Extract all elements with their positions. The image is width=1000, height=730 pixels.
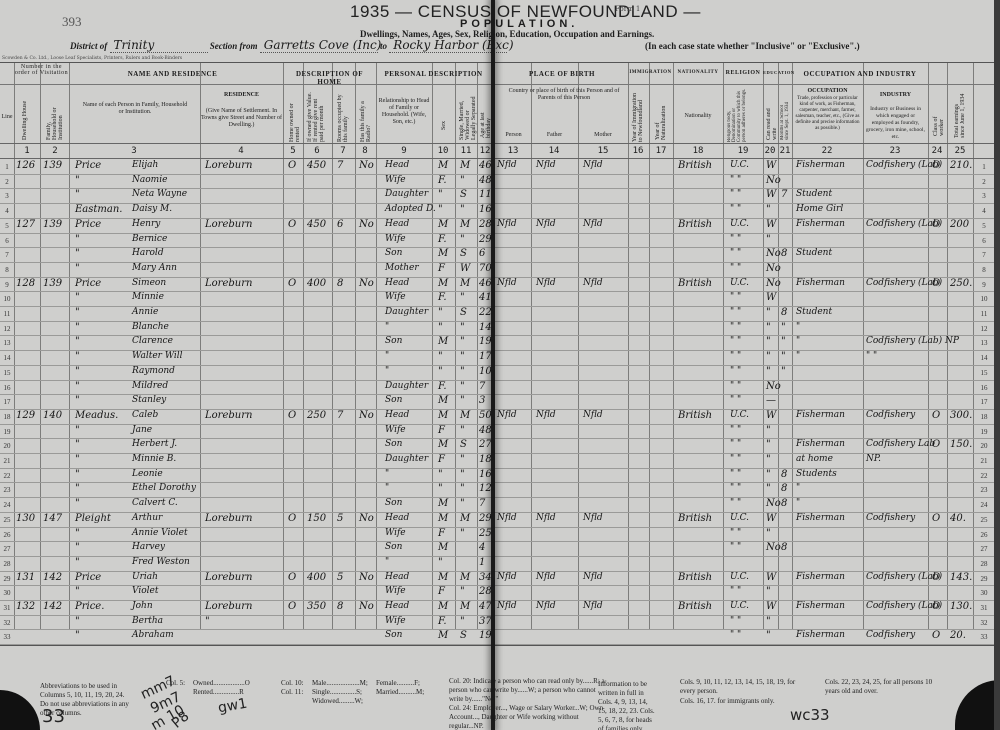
read-write-cell: " — [766, 630, 771, 641]
sex-cell: F — [438, 454, 445, 465]
col-nationality: Nationality — [673, 113, 723, 120]
given-name-cell: Mary Ann — [132, 263, 177, 273]
surname-cell: Meadus. — [75, 410, 118, 421]
line-number-right: 25 — [977, 516, 991, 524]
residence-cell: Loreburn — [205, 601, 252, 612]
line-number: 28 — [0, 560, 14, 568]
class-worker-cell: O — [932, 219, 940, 230]
occupation-cell: Student — [796, 189, 832, 199]
header-personal: PERSONAL DESCRIPTION — [376, 70, 491, 78]
header-rule — [0, 62, 1000, 63]
birth-person-cell: Nfld — [497, 513, 517, 523]
age-cell: 48 — [479, 175, 492, 186]
age-cell: 6 — [479, 248, 485, 259]
sex-cell: " — [438, 322, 443, 333]
relationship-cell: " — [385, 322, 389, 332]
age-cell: 70 — [479, 263, 492, 274]
dwelling-cell: 129 — [16, 410, 35, 421]
marital-cell: W — [460, 263, 470, 274]
section-to-value: Rocky Harbor (Exc) — [389, 38, 507, 53]
radio-cell: No — [359, 601, 374, 612]
sex-cell: M — [438, 572, 448, 583]
line-number: 25 — [0, 516, 14, 524]
read-write-cell: W — [766, 572, 776, 583]
column-number-5: 5 — [283, 146, 303, 156]
column-number-21: 21 — [775, 146, 795, 156]
religion-cell: U.C. — [730, 601, 749, 611]
line-number: 24 — [0, 501, 14, 509]
birth-mother-cell: Nfld — [583, 513, 603, 523]
sex-cell: " — [438, 483, 443, 494]
age-cell: 19 — [479, 336, 492, 347]
relationship-cell: " — [385, 483, 389, 493]
dwelling-cell: 132 — [16, 601, 35, 612]
birth-person-cell: Nfld — [497, 278, 517, 288]
header-home: DESCRIPTION OF HOME — [283, 70, 376, 86]
school-months-cell: 8 — [781, 498, 787, 509]
earnings-cell: 20. — [950, 630, 966, 641]
col-sex: Sex — [441, 110, 447, 130]
line-number-right: 32 — [977, 619, 991, 627]
column-number-25: 25 — [950, 146, 970, 156]
class-worker-cell: O — [932, 160, 940, 171]
age-cell: 16 — [479, 204, 492, 215]
industry-cell: Codfishery (Lab) — [866, 160, 942, 170]
relationship-cell: Wife — [385, 234, 406, 244]
religion-cell: U.C. — [730, 513, 749, 523]
given-name-cell: Raymond — [132, 366, 175, 376]
age-cell: 17 — [479, 351, 492, 362]
line-number-right: 9 — [977, 281, 991, 289]
age-cell: 3 — [479, 395, 485, 406]
read-write-cell: " — [766, 483, 771, 494]
line-number-right: 10 — [977, 295, 991, 303]
column-number-17: 17 — [651, 146, 671, 156]
relationship-cell: Head — [385, 278, 409, 288]
footer-col10-label: Col. 10: — [281, 679, 304, 688]
relationship-cell: Wife — [385, 425, 406, 435]
rooms-cell: 7 — [337, 410, 343, 421]
line-number: 17 — [0, 398, 14, 406]
line-number: 7 — [0, 251, 14, 259]
nationality-cell: British — [678, 278, 712, 289]
given-name-cell: Harold — [132, 248, 164, 258]
read-write-cell: — — [766, 395, 776, 406]
occupation-cell: " — [796, 483, 800, 493]
marital-cell: S — [460, 307, 467, 318]
col-occupation: Trade, profession or particular kind of … — [794, 96, 861, 132]
read-write-cell: W — [766, 292, 776, 303]
surname-cell: " — [75, 366, 80, 377]
line-number: 29 — [0, 575, 14, 583]
birth-person-cell: Nfld — [497, 219, 517, 229]
scan-shadow-left — [0, 690, 40, 730]
age-cell: 1 — [479, 557, 485, 568]
marital-cell: M — [460, 572, 470, 583]
relationship-cell: Head — [385, 601, 409, 611]
footer-col20: Col. 20: Indicate a person who can read … — [449, 677, 609, 704]
age-cell: 28 — [479, 586, 492, 597]
line-number-right: 24 — [977, 501, 991, 509]
read-write-cell: No — [766, 498, 781, 509]
footer-ten-years: Cols. 22, 23, 24, 25, for all persons 10… — [825, 678, 935, 696]
marital-cell: " — [460, 469, 465, 480]
family-cell: 140 — [43, 410, 62, 421]
relationship-cell: " — [385, 469, 389, 479]
age-cell: 47 — [479, 601, 492, 612]
given-name-cell: Clarence — [132, 336, 173, 346]
sex-cell: F — [438, 263, 445, 274]
earnings-cell: 200 — [950, 219, 969, 230]
occupation-cell: at home — [796, 454, 833, 464]
sex-cell: M — [438, 219, 448, 230]
religion-cell: " " — [730, 366, 741, 376]
industry-cell: Codfishery (Lab) — [866, 572, 942, 582]
birth-mother-cell: Nfld — [583, 601, 603, 611]
surname-cell: " — [75, 542, 80, 553]
school-months-cell: " — [781, 322, 786, 333]
birth-mother-cell: Nfld — [583, 410, 603, 420]
line-number-right: 5 — [977, 222, 991, 230]
age-cell: 50 — [479, 410, 492, 421]
column-number-2: 2 — [45, 146, 65, 156]
surname-cell: " — [75, 234, 80, 245]
given-name-cell: Violet — [132, 586, 158, 596]
relationship-cell: Adopted D. — [385, 204, 436, 214]
surname-cell: " — [75, 586, 80, 597]
footer-col5-rented: Rented...............R — [193, 688, 244, 697]
birth-father-cell: Nfld — [536, 572, 556, 582]
column-number-9: 9 — [394, 146, 414, 156]
given-name-cell: Leonie — [132, 469, 163, 479]
line-number: 2 — [0, 178, 14, 186]
religion-cell: " " — [730, 630, 741, 640]
column-number-14: 14 — [544, 146, 564, 156]
marital-cell: S — [460, 248, 467, 259]
given-name-cell: Bernice — [132, 234, 167, 244]
annotation-bottom-right: wc33 — [790, 706, 830, 724]
line-number-right: 2 — [977, 178, 991, 186]
dwelling-cell: 127 — [16, 219, 35, 230]
age-cell: 14 — [479, 322, 492, 333]
line-number-right: 18 — [977, 413, 991, 421]
religion-cell: " " — [730, 395, 741, 405]
given-name-cell: Daisy M. — [132, 204, 172, 214]
marital-cell: " — [460, 336, 465, 347]
birth-mother-cell: Nfld — [583, 219, 603, 229]
column-number-4: 4 — [231, 146, 251, 156]
col-industry: Industry or Business in which engaged or… — [865, 106, 926, 141]
class-worker-cell: O — [932, 513, 940, 524]
rooms-cell: 6 — [337, 219, 343, 230]
surname-cell: Price — [75, 278, 101, 289]
read-write-cell: No — [766, 248, 781, 259]
age-cell: 37 — [479, 616, 492, 627]
line-number-right: 33 — [977, 633, 991, 641]
surname-cell: " — [75, 381, 80, 392]
rooms-cell: 5 — [337, 513, 343, 524]
sex-cell: M — [438, 630, 448, 641]
col-birth-mother: Mother — [578, 132, 628, 139]
line-number: 31 — [0, 604, 14, 612]
given-name-cell: Uriah — [132, 572, 158, 582]
occupation-cell: Fisherman — [796, 219, 845, 229]
footer-info-full: Information to be written in full in Col… — [598, 680, 656, 730]
occupation-cell: Fisherman — [796, 630, 845, 640]
earnings-cell: 300. — [950, 410, 972, 421]
line-number-right: 23 — [977, 486, 991, 494]
given-name-cell: Harvey — [132, 542, 165, 552]
religion-cell: " " — [730, 322, 741, 332]
read-write-cell: " — [766, 454, 771, 465]
relationship-cell: Son — [385, 395, 402, 405]
occupation-cell: " — [796, 336, 800, 346]
religion-cell: " " — [730, 248, 741, 258]
line-number-right: 22 — [977, 472, 991, 480]
religion-cell: " " — [730, 586, 741, 596]
religion-cell: " " — [730, 204, 741, 214]
occupation-cell: Students — [796, 469, 837, 479]
nationality-cell: British — [678, 410, 712, 421]
line-number: 18 — [0, 413, 14, 421]
occupation-cell: Fisherman — [796, 439, 845, 449]
footer-col10-female: Female..........F; — [376, 679, 420, 688]
marital-cell: " — [460, 616, 465, 627]
read-write-cell: " — [766, 322, 771, 333]
given-name-cell: Arthur — [132, 513, 162, 523]
dwelling-cell: 131 — [16, 572, 35, 583]
religion-cell: " " — [730, 528, 741, 538]
given-name-cell: Jane — [132, 425, 152, 435]
line-number-right: 26 — [977, 531, 991, 539]
religion-cell: U.C. — [730, 410, 749, 420]
home-value-cell: 150 — [307, 513, 326, 524]
footer-col11-widowed: Widowed.........W; — [312, 697, 363, 706]
religion-cell: U.C. — [730, 572, 749, 582]
religion-cell: " " — [730, 439, 741, 449]
read-write-cell: " — [766, 425, 771, 436]
home-owned-cell: O — [288, 278, 296, 289]
header-education: EDUCATION — [763, 70, 792, 75]
rooms-cell: 8 — [337, 601, 343, 612]
column-number-15: 15 — [593, 146, 613, 156]
line-number-right: 13 — [977, 339, 991, 347]
radio-cell: No — [359, 278, 374, 289]
radio-cell: No — [359, 410, 374, 421]
column-number-6: 6 — [307, 146, 327, 156]
birth-father-cell: Nfld — [536, 219, 556, 229]
given-name-cell: Caleb — [132, 410, 158, 420]
col-value: If owned give Value. If rented give rent… — [307, 90, 325, 142]
home-value-cell: 450 — [307, 160, 326, 171]
marital-cell: M — [460, 160, 470, 171]
surname-cell: " — [75, 439, 80, 450]
family-cell: 139 — [43, 278, 62, 289]
industry-cell: Codfishery (Lab) NP — [866, 336, 948, 346]
given-name-cell: Naomie — [132, 175, 167, 185]
home-value-cell: 450 — [307, 219, 326, 230]
marital-cell: " — [460, 395, 465, 406]
earnings-cell: 40. — [950, 513, 966, 524]
printer-imprint: Scowden & Co. Ltd., Loose Leaf Specialis… — [2, 56, 182, 61]
annotation-pencil-5: gw1 — [217, 696, 249, 717]
home-value-cell: 250 — [307, 410, 326, 421]
column-number-22: 22 — [817, 146, 837, 156]
birth-mother-cell: Nfld — [583, 572, 603, 582]
line-number-right: 8 — [977, 266, 991, 274]
column-number-8: 8 — [355, 146, 375, 156]
surname-cell: " — [75, 395, 80, 406]
family-cell: 142 — [43, 572, 62, 583]
section-label: Section from — [210, 41, 258, 51]
school-months-cell: 8 — [781, 307, 787, 318]
surname-cell: " — [75, 248, 80, 259]
occupation-cell: " — [796, 322, 800, 332]
age-cell: 22 — [479, 307, 492, 318]
book-spine — [491, 0, 495, 730]
class-worker-cell: O — [932, 439, 940, 450]
read-write-cell: W — [766, 513, 776, 524]
col-marital: Single, Married, Widowed or Legally Sepa… — [459, 92, 477, 140]
age-cell: 27 — [479, 439, 492, 450]
age-cell: 46 — [479, 278, 492, 289]
surname-cell: " — [75, 454, 80, 465]
home-owned-cell: O — [288, 513, 296, 524]
relationship-cell: Daughter — [385, 454, 428, 464]
col-family: Family, Household or Institution — [46, 95, 64, 140]
birth-father-cell: Nfld — [536, 160, 556, 170]
nationality-cell: British — [678, 160, 712, 171]
line-number-right: 15 — [977, 369, 991, 377]
class-worker-cell: O — [932, 572, 940, 583]
inclusive-note: (In each case state whether "Inclusive" … — [645, 41, 860, 51]
column-number-23: 23 — [885, 146, 905, 156]
home-owned-cell: O — [288, 219, 296, 230]
col-home-owned: Home owned or rented — [289, 90, 301, 142]
residence-cell: " — [205, 616, 210, 627]
school-months-cell: 8 — [781, 542, 787, 553]
col-relationship: Relationship to Head of Family or Househ… — [376, 98, 432, 126]
marital-cell: " — [460, 175, 465, 186]
rooms-cell: 7 — [337, 160, 343, 171]
sex-cell: " — [438, 366, 443, 377]
relationship-cell: Son — [385, 439, 402, 449]
relationship-cell: Son — [385, 498, 402, 508]
surname-cell: Pleight — [75, 513, 111, 524]
line-number: 15 — [0, 369, 14, 377]
line-number-right: 19 — [977, 428, 991, 436]
nationality-cell: British — [678, 601, 712, 612]
col-industry-title: INDUSTRY — [863, 92, 928, 99]
industry-cell: Codfishery (Lab) — [866, 278, 942, 288]
industry-cell: NP. — [866, 454, 881, 464]
column-number-3: 3 — [124, 146, 144, 156]
page-number: 393 — [62, 14, 82, 30]
marital-cell: " — [460, 425, 465, 436]
col-line: Line — [0, 114, 14, 121]
col-religion: Religious body, Denomination or Communit… — [727, 88, 747, 142]
line-number-right: 17 — [977, 398, 991, 406]
sex-cell: M — [438, 542, 448, 553]
marital-cell: M — [460, 513, 470, 524]
marital-cell: " — [460, 204, 465, 215]
read-write-cell: W — [766, 601, 776, 612]
relationship-cell: Head — [385, 572, 409, 582]
marital-cell: " — [460, 351, 465, 362]
religion-cell: " " — [730, 469, 741, 479]
column-number-13: 13 — [503, 146, 523, 156]
relationship-cell: " — [385, 366, 389, 376]
header-place-of-birth: PLACE OF BIRTH — [496, 70, 628, 78]
line-number: 33 — [0, 633, 14, 641]
home-owned-cell: O — [288, 160, 296, 171]
relationship-cell: Daughter — [385, 381, 428, 391]
surname-cell: " — [75, 469, 80, 480]
religion-cell: " " — [730, 175, 741, 185]
sex-cell: F. — [438, 381, 447, 392]
given-name-cell: Annie — [132, 307, 158, 317]
header-immigration: IMMIGRATION — [628, 70, 673, 75]
footer-col24: Col. 24: Employer..., Wage or Salary Wor… — [449, 704, 609, 730]
age-cell: 28 — [479, 219, 492, 230]
relationship-cell: Son — [385, 542, 402, 552]
surname-cell: " — [75, 336, 80, 347]
home-value-cell: 350 — [307, 601, 326, 612]
line-number: 22 — [0, 472, 14, 480]
line-number-right: 29 — [977, 575, 991, 583]
col-birth-father: Father — [531, 132, 578, 139]
district-label: District of — [70, 41, 107, 51]
marital-cell: " — [460, 498, 465, 509]
header-religion: RELIGION — [723, 70, 763, 76]
given-name-cell: Neta Wayne — [132, 189, 187, 199]
read-write-cell: " — [766, 469, 771, 480]
marital-cell: " — [460, 381, 465, 392]
home-owned-cell: O — [288, 572, 296, 583]
line-number: 9 — [0, 281, 14, 289]
birth-person-cell: Nfld — [497, 160, 517, 170]
line-number: 4 — [0, 207, 14, 215]
col-naturalization-year: Year of Naturalization — [655, 100, 667, 140]
line-number-right: 20 — [977, 442, 991, 450]
line-number-right: 30 — [977, 589, 991, 597]
religion-cell: " " — [730, 263, 741, 273]
column-number-16: 16 — [628, 146, 648, 156]
residence-cell: Loreburn — [205, 410, 252, 421]
marital-cell: S — [460, 439, 467, 450]
given-name-cell: Fred Weston — [132, 557, 190, 567]
class-worker-cell: O — [932, 410, 940, 421]
column-number-10: 10 — [433, 146, 453, 156]
age-cell: 29 — [479, 234, 492, 245]
col-read-write: Can read and write — [766, 95, 778, 140]
marital-cell: M — [460, 410, 470, 421]
given-name-cell: Ethel Dorothy — [132, 483, 196, 493]
religion-cell: " " — [730, 454, 741, 464]
school-months-cell: " — [781, 336, 786, 347]
header-occupation-industry: OCCUPATION AND INDUSTRY — [792, 70, 928, 78]
surname-cell: " — [75, 483, 80, 494]
surname-cell: " — [75, 616, 80, 627]
read-write-cell: W — [766, 160, 776, 171]
residence-cell: Loreburn — [205, 219, 252, 230]
section-from-value: Garretts Cove (Inc) — [260, 38, 378, 53]
relationship-cell: Wife — [385, 175, 406, 185]
given-name-cell: Abraham — [132, 630, 174, 640]
school-months-cell: 8 — [781, 483, 787, 494]
sex-cell: M — [438, 439, 448, 450]
religion-cell: U.C. — [730, 219, 749, 229]
